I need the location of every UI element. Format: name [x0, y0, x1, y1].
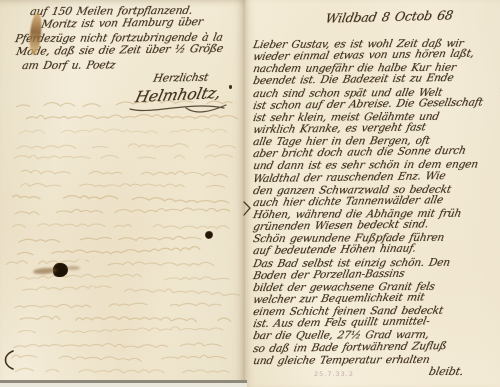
- bleed-squiggle: [496, 68, 500, 81]
- bleed-squiggle: [7, 219, 235, 232]
- bleedthrough-lines-left: [4, 100, 240, 382]
- letter-page-left: auf 150 Meilen fortpflanzend.Moritz ist …: [0, 0, 245, 387]
- right-page-body-text: Lieber Gustav, es ist wohl Zeit daß wirw…: [252, 39, 482, 367]
- bleed-squiggle: [10, 311, 238, 326]
- bleed-squiggle: [9, 272, 237, 285]
- bleed-squiggle: [9, 339, 237, 353]
- bleed-squiggle: [6, 126, 234, 140]
- handwriting-line: auf bedeutende Höhen hinauf.: [252, 242, 485, 258]
- bleed-squiggle: [6, 365, 234, 379]
- handwriting-line: Mode, daß sie die Zeit über ½ Größe: [14, 42, 245, 59]
- bleed-squiggle: [12, 298, 240, 314]
- pen-mark-fold: [243, 201, 252, 216]
- handwriting-line: beendet ist. Die Badezeit ist zu Ende: [252, 72, 485, 88]
- handwriting-line: Moritz ist von Hamburg über: [14, 15, 245, 32]
- handwriting-line: am Dorf u. Poetz: [14, 57, 245, 72]
- bleed-squiggle: [496, 371, 500, 384]
- signature-block: Helmholtz,: [136, 86, 246, 104]
- bleed-squiggle: [5, 244, 233, 260]
- ink-speck: [229, 85, 232, 89]
- bleed-squiggle: [5, 205, 233, 220]
- letter-scan: auf 150 Meilen fortpflanzend.Moritz ist …: [0, 0, 500, 387]
- left-ink-lines: auf 150 Meilen fortpflanzend.Moritz ist …: [14, 5, 242, 72]
- handwriting-line: auch hier dichte Tannenwälder alle: [252, 193, 485, 209]
- bleedthrough-lines-right: [495, 2, 500, 385]
- bleed-squiggle: [496, 277, 500, 292]
- closing-formula: Herzlichst: [126, 70, 245, 85]
- bleed-squiggle: [11, 179, 239, 192]
- bleed-squiggle: [10, 326, 238, 338]
- final-word: bleibt.: [428, 365, 465, 378]
- bleed-squiggle: [10, 164, 238, 181]
- archival-pencil-note: 25.7.33.2: [314, 370, 354, 378]
- bleed-squiggle: [12, 112, 240, 126]
- left-page-bottom-shadow: [0, 383, 247, 387]
- left-page-ink-text: auf 150 Meilen fortpflanzend.Moritz ist …: [14, 5, 242, 104]
- bleed-squiggle: [495, 53, 500, 69]
- pen-flourish-corner: [1, 350, 15, 370]
- signature-flourish: [128, 100, 246, 114]
- bleed-squiggle: [8, 352, 236, 365]
- bleed-squiggle: [9, 138, 237, 153]
